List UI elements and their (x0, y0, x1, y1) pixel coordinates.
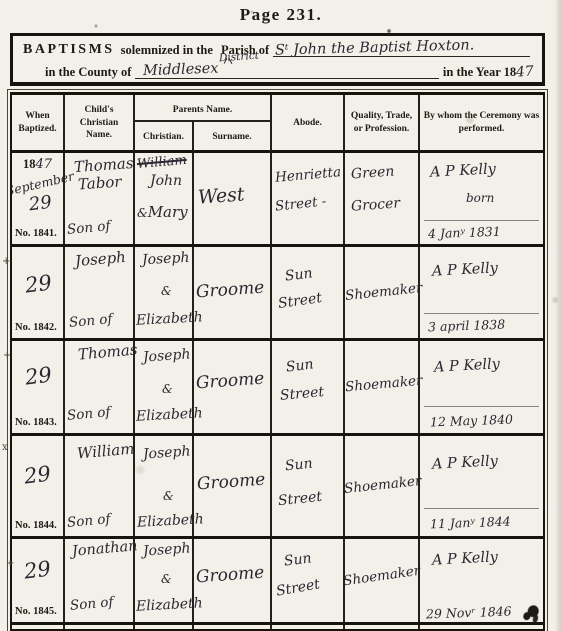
table-row: 29 No. 1844. William Son of Joseph & Eli… (12, 436, 543, 539)
parish-name-handwritten: Sᵗ John the Baptist Hoxton. (273, 37, 475, 58)
abode-line2: Street - (274, 194, 327, 213)
birth-date: 11 Janʸ 1844 (430, 514, 511, 530)
birth-date: 29 Novʳ 1846 (426, 604, 512, 620)
abode-line2: Street (279, 385, 324, 403)
birth-date: 4 Janʸ 1831 (428, 225, 501, 241)
heading-line-1: BAPTISMS solemnized in the District Pari… (23, 40, 534, 60)
surname: Groome (195, 280, 264, 303)
heading-printed-text-1: solemnized in the (121, 40, 213, 60)
header-quality-trade: Quality, Trade, or Profession. (345, 95, 420, 151)
ampersand-mark: & (137, 206, 148, 220)
child-name-cell: Joseph Son of (65, 247, 135, 338)
father-christian-cell: Joseph & Elizabeth (135, 539, 194, 622)
page-number-heading: Page 231. (0, 5, 562, 25)
trade-cell: Shoemaker (345, 539, 420, 622)
entry-number: No. 1841. (15, 228, 57, 239)
header-when-baptized: When Baptized. (12, 95, 65, 151)
child-name-cell: Thomas Tabor Son of (65, 153, 135, 244)
margin-mark: + (3, 350, 11, 361)
mother-name-line: &Mary (137, 205, 188, 221)
abode-cell (272, 625, 345, 631)
trade-cell: Shoemaker (345, 247, 420, 338)
when-baptized-cell: 1847 September 29 No. 1841. (12, 153, 65, 244)
father-name: Joseph (143, 444, 191, 462)
date-rule-line (424, 406, 539, 407)
relation-text: Son of (66, 512, 111, 530)
when-baptized-cell (12, 625, 65, 631)
father-name: Joseph (142, 251, 190, 268)
abode-line1: Sun (284, 457, 313, 474)
birth-date: 3 april 1838 (428, 318, 506, 334)
baptism-day: 29 (23, 462, 52, 487)
date-rule-line (424, 313, 539, 314)
surname: Groome (195, 371, 264, 394)
heading-line-2: in the County of Middlesex in the Year 1… (23, 62, 534, 82)
county-printed-label: in the County of (45, 62, 131, 82)
surname: Groome (196, 472, 265, 495)
abode-line2: Street (277, 291, 323, 312)
father-name: Joseph (143, 541, 191, 559)
relation-text: Son of (69, 595, 114, 613)
county-name-handwritten: Middlesex (135, 61, 219, 80)
child-name-cell: Thomas Son of (65, 341, 135, 433)
when-baptized-cell: 29 No. 1844. (12, 436, 65, 536)
header-childs-name: Child's Christian Name. (65, 95, 135, 151)
child-name-line2: Tabor (78, 174, 123, 193)
mother-name: Mary (148, 203, 188, 221)
year-printed-label: in the Year 18 (443, 62, 516, 82)
trade-line1: Shoemaker (345, 374, 423, 395)
when-baptized-cell: 29 No. 1842. (12, 247, 65, 338)
by-whom-cell: A P Kelly born 4 Janʸ 1831 (420, 153, 543, 244)
district-handwritten: District (218, 46, 259, 69)
relation-text: Son of (68, 312, 113, 330)
ampersand-mark: & (161, 285, 172, 298)
ampersand-mark: & (162, 383, 173, 396)
table-row-partial (12, 625, 543, 631)
minister-signature: A P Kelly (432, 550, 499, 569)
parish-name-rule: Sᵗ John the Baptist Hoxton. (273, 40, 530, 57)
child-name: Joseph (74, 250, 126, 270)
father-christian-cell (135, 625, 194, 631)
baptisms-title: BAPTISMS (23, 40, 115, 60)
by-whom-cell: A P Kelly 11 Janʸ 1844 (420, 436, 543, 536)
father-name: Joseph (143, 347, 191, 365)
parents-subheaders: Christian. Surname. (135, 122, 270, 151)
abode-line1: Sun (283, 551, 312, 569)
baptism-day: 29 (28, 194, 53, 216)
trade-line2: Grocer (351, 196, 401, 214)
surname: West (197, 185, 245, 208)
abode-line1: Henrietta (275, 165, 342, 185)
trade-cell (345, 625, 420, 631)
abode-cell: Henrietta Street - (272, 153, 345, 244)
abode-cell: Sun Street (272, 436, 345, 536)
father-name-struck: William (137, 154, 188, 172)
table-row: 1847 September 29 No. 1841. Thomas Tabor… (12, 153, 543, 247)
trade-cell: Green Grocer (345, 153, 420, 244)
surname-cell: Groome (194, 341, 272, 433)
minister-signature: A P Kelly (430, 162, 497, 181)
header-parents-name: Parents Name. (135, 95, 270, 122)
baptism-day: 29 (24, 271, 53, 296)
minister-signature: A P Kelly (434, 357, 501, 376)
ampersand-mark: & (163, 490, 174, 503)
baptism-day: 29 (24, 363, 53, 388)
date-rule-line (424, 508, 539, 509)
ampersand-mark: & (161, 573, 172, 586)
baptism-day: 29 (23, 557, 52, 582)
trade-line1: Green (351, 165, 395, 183)
father-christian-cell: Joseph & Elizabeth (135, 247, 194, 338)
abode-line2: Street (277, 490, 322, 509)
relation-text: Son of (66, 405, 111, 423)
surname-cell: Groome (194, 247, 272, 338)
father-christian-cell: William John &Mary (135, 153, 194, 244)
mother-name: Elizabeth (136, 597, 203, 615)
abode-cell: Sun Street (272, 247, 345, 338)
trade-cell: Shoemaker (345, 436, 420, 536)
entry-number: No. 1844. (15, 520, 57, 531)
abode-cell: Sun Street (272, 539, 345, 622)
minister-signature: A P Kelly (432, 261, 499, 280)
scanned-baptism-register-page: Page 231. BAPTISMS solemnized in the Dis… (0, 0, 562, 631)
surname-cell: Groome (194, 436, 272, 536)
when-baptized-cell: 29 No. 1843. (12, 341, 65, 433)
birth-date: 12 May 1840 (430, 412, 513, 428)
father-christian-cell: Joseph & Elizabeth (135, 341, 194, 433)
margin-mark: + (2, 256, 10, 267)
caret-mark-icon (225, 58, 231, 63)
header-by-whom: By whom the Ceremony was performed. (420, 95, 543, 151)
surname-cell (194, 625, 272, 631)
minister-signature: A P Kelly (432, 454, 499, 473)
table-row: 29 No. 1843. Thomas Son of Joseph & Eliz… (12, 341, 543, 436)
child-name-cell (65, 625, 135, 631)
surname-cell: West (194, 153, 272, 244)
header-surname: Surname. (194, 122, 270, 151)
county-name-rule: Middlesex (135, 62, 438, 79)
trade-line1: Shoemaker (343, 474, 422, 496)
child-name: William (76, 442, 135, 463)
baptism-year: 1847 (23, 158, 52, 172)
abode-line1: Sun (284, 266, 313, 284)
mother-name: Elizabeth (136, 407, 203, 425)
entry-number: No. 1845. (15, 606, 57, 617)
child-name: Thomas (77, 342, 138, 363)
baptism-register-table: When Baptized. Child's Christian Name. P… (10, 92, 545, 631)
margin-mark: + (6, 558, 14, 569)
entry-number: No. 1843. (15, 417, 57, 428)
register-heading-box: BAPTISMS solemnized in the District Pari… (10, 33, 545, 86)
by-whom-cell: A P Kelly 3 april 1838 (420, 247, 543, 338)
relation-text: Son of (66, 219, 111, 237)
header-abode: Abode. (272, 95, 345, 151)
year-handwritten: 47 (515, 61, 534, 82)
by-whom-cell (420, 625, 543, 631)
surname-cell: Groome (194, 539, 272, 622)
header-christian: Christian. (135, 122, 194, 151)
trade-line1: Shoemaker (344, 281, 423, 303)
father-name: John (150, 174, 182, 189)
when-baptized-cell: 29 No. 1845. (12, 539, 65, 622)
by-whom-cell: A P Kelly 12 May 1840 (420, 341, 543, 433)
trade-cell: Shoemaker (345, 341, 420, 433)
child-name-cell: Jonathan Son of (65, 539, 135, 622)
date-rule-line (424, 220, 539, 221)
surname: Groome (195, 565, 264, 588)
margin-mark: x (2, 442, 8, 453)
abode-cell: Sun Street (272, 341, 345, 433)
child-name-cell: William Son of (65, 436, 135, 536)
header-parents-name-group: Parents Name. Christian. Surname. (135, 95, 272, 151)
trade-line1: Shoemaker (342, 564, 421, 589)
born-note: born (466, 192, 494, 205)
abode-line1: Sun (285, 357, 314, 375)
father-christian-cell: Joseph & Elizabeth (135, 436, 194, 536)
table-row: 29 No. 1842. Joseph Son of Joseph & Eliz… (12, 247, 543, 341)
entry-number: No. 1842. (15, 322, 57, 333)
child-name: Jonathan (71, 539, 138, 560)
table-row: 29 No. 1845. Jonathan Son of Joseph & El… (12, 539, 543, 625)
mother-name: Elizabeth (136, 311, 203, 329)
table-header-row: When Baptized. Child's Christian Name. P… (12, 95, 543, 153)
abode-line2: Street (275, 577, 321, 599)
